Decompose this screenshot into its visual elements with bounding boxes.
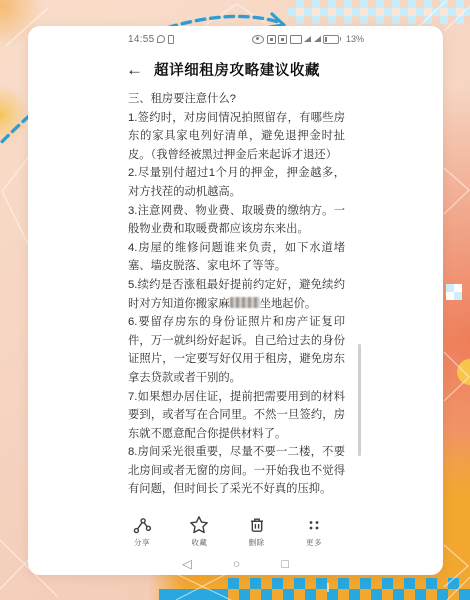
- article-body: 三、租房要注意什么? 1.签约时，对房间情况拍照留存，有哪些房东的家具家电列好清…: [128, 90, 345, 499]
- share-icon: [132, 515, 152, 535]
- section-heading: 三、租房要注意什么?: [128, 90, 345, 109]
- back-button[interactable]: ←: [126, 61, 143, 78]
- decor-checker-top-right: [288, 0, 470, 24]
- delete-button[interactable]: 删除: [247, 515, 267, 548]
- signal-icon: [304, 36, 311, 42]
- censored-text: [230, 297, 260, 308]
- signal-icon: [314, 36, 321, 42]
- screenshot-card: 14:55 13% ← 超详细租房攻略建议收藏 三、租房要注意什么? 1.签约时…: [28, 26, 443, 575]
- collect-button[interactable]: 收藏: [189, 515, 209, 548]
- battery-percent: 13%: [346, 34, 364, 44]
- battery-icon: [323, 35, 339, 44]
- notification-icon: [157, 35, 165, 43]
- article-paragraph: 7.如果想办居住证，提前把需要用到的材料要到，或者写在合同里。不然一旦签约，房东…: [128, 388, 345, 444]
- app-icon: [278, 35, 287, 44]
- star-icon: [189, 515, 209, 535]
- article-paragraph: 2.尽量别付超过1个月的押金，押金越多，对方找茬的动机越高。: [128, 164, 345, 201]
- decor-pixel-square: [446, 292, 454, 300]
- article-paragraph: 3.注意网费、物业费、取暖费的缴纳方。一般物业费和取暖费都应该房东来出。: [128, 202, 345, 239]
- share-button[interactable]: 分享: [132, 515, 152, 548]
- status-time: 14:55: [128, 34, 155, 45]
- decor-pixel-square: [454, 284, 462, 292]
- app-icon: [267, 35, 276, 44]
- paragraph-text: 坐地起价。: [260, 298, 317, 310]
- decor-checker-bottom: [217, 578, 470, 600]
- article-paragraph: 5.续约是否涨租最好提前约定好，避免续约时对方知道你搬家麻坐地起价。: [128, 276, 345, 313]
- nav-back-button[interactable]: ◁: [182, 558, 192, 571]
- eye-comfort-icon: [252, 35, 264, 44]
- action-label: 更多: [306, 537, 322, 548]
- article-paragraph: 8.房间采光很重要，尽量不要一二楼，不要北房间或者无窗的房间。一开始我也不觉得有…: [128, 443, 345, 499]
- trash-icon: [247, 515, 267, 535]
- android-nav-bar: ◁ ○ □: [28, 558, 443, 571]
- more-button[interactable]: 更多: [304, 515, 324, 548]
- header: ← 超详细租房攻略建议收藏: [126, 59, 320, 80]
- action-bar: 分享 收藏 删除: [132, 515, 324, 548]
- more-dots-icon: [304, 515, 324, 535]
- scrollbar[interactable]: [358, 344, 361, 456]
- action-label: 删除: [249, 537, 265, 548]
- decor-blue-bar-bottom: [159, 589, 217, 600]
- nav-recents-button[interactable]: □: [281, 558, 289, 571]
- decor-pixel-square: [454, 292, 462, 300]
- volte-icon: [290, 35, 302, 44]
- action-label: 分享: [134, 537, 150, 548]
- article-paragraph: 6.要留存房东的身份证照片和房产证复印件，万一就纠纷好起诉。自己给过去的身份证照…: [128, 313, 345, 387]
- page-title: 超详细租房攻略建议收藏: [154, 59, 320, 80]
- action-label: 收藏: [191, 537, 207, 548]
- article-paragraph: 4.房屋的维修问题谁来负责，如下水道堵塞、墙皮脱落、家电坏了等等。: [128, 239, 345, 276]
- status-bar: 14:55 13%: [128, 32, 364, 46]
- article-paragraph: 1.签约时，对房间情况拍照留存，有哪些房东的家具家电列好清单，避免退押金时扯皮。…: [128, 109, 345, 165]
- decor-pixel-square: [446, 284, 454, 292]
- nav-home-button[interactable]: ○: [233, 558, 241, 571]
- sim-icon: [168, 35, 174, 44]
